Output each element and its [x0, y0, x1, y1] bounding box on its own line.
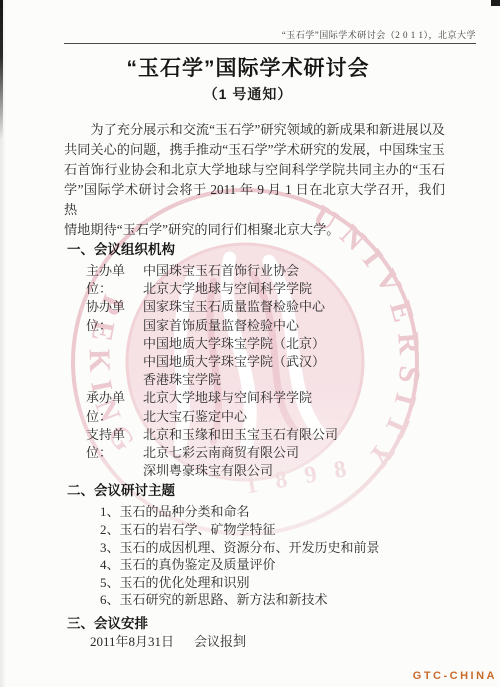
org-role-label: 承办单位： [86, 389, 143, 425]
intro-line: 情地期待“玉石学”研究的同行们相聚北京大学。 [64, 220, 445, 240]
running-header: “玉石学”国际学术研讨会（2 0 1 1），北京大学 [64, 29, 476, 41]
section-heading-organization: 一、会议组织机构 [67, 242, 476, 258]
topic-item: 2、玉石的岩石学、矿物学特征 [100, 521, 476, 539]
org-role-label: 协办单位： [86, 298, 143, 389]
org-name: 深圳粤豪珠宝有限公司 [143, 462, 476, 480]
scan-edge-artifact [0, 0, 3, 140]
intro-line: 石首饰行业协会和北京大学地球与空间科学学院共同主办的“玉石 [64, 160, 445, 180]
topic-item: 4、玉石的真伪鉴定及质量评价 [100, 556, 476, 574]
scanned-page: UNIVERSITY PEKING 1 8 9 8 “玉石学”国际学术研讨会（2… [0, 0, 500, 687]
org-name: 北京大学地球与空间科学学院 [143, 280, 476, 298]
org-group-host: 主办单位： 中国珠宝玉石首饰行业协会 北京大学地球与空间科学学院 [86, 262, 476, 298]
scan-corner-artifact [491, 0, 500, 6]
org-group-organizer: 承办单位： 北京大学地球与空间科学学院 北大宝石鉴定中心 [86, 389, 476, 425]
brand-watermark: GTC-CHINA [413, 670, 497, 682]
title-block: “玉石学”国际学术研讨会 （1 号通知） [20, 56, 476, 102]
org-role-label: 主办单位： [86, 262, 143, 298]
org-name: 香港珠宝学院 [143, 371, 476, 389]
org-name: 国家首饰质量监督检验中心 [143, 317, 476, 335]
page-subtitle: （1 号通知） [20, 86, 476, 102]
org-name: 北京和玉缘和田玉宝玉石有限公司 [143, 426, 476, 444]
topic-item: 3、玉石的成因机理、资源分布、开发历史和前景 [100, 539, 476, 557]
section-heading-schedule: 三、会议安排 [67, 616, 476, 632]
intro-paragraph: 为了充分展示和交流“玉石学”研究领域的新成果和新进展以及 共同关心的问题，携手推… [64, 120, 445, 240]
topic-item: 6、玉石研究的新思路、新方法和新技术 [100, 591, 476, 609]
schedule-row: 2011年8月31日会议报到 [90, 634, 476, 650]
org-group-supporter: 支持单位： 北京和玉缘和田玉宝玉石有限公司 北京七彩云南商贸有限公司 深圳粤豪珠… [86, 426, 476, 481]
topic-item: 5、玉石的优化处理和识别 [100, 574, 476, 592]
schedule-date: 2011年8月31日 [90, 634, 174, 649]
organization-list: 主办单位： 中国珠宝玉石首饰行业协会 北京大学地球与空间科学学院 协办单位： 国… [86, 262, 476, 480]
intro-line: 学”国际学术研讨会将于 2011 年 9 月 1 日在北京大学召开，我们热 [64, 180, 445, 220]
header-rule [64, 43, 476, 44]
org-name: 北京大学地球与空间科学学院 [143, 389, 476, 407]
org-name: 国家珠宝玉石质量监督检验中心 [143, 298, 476, 316]
topic-list: 1、玉石的品种分类和命名 2、玉石的岩石学、矿物学特征 3、玉石的成因机理、资源… [100, 503, 476, 609]
org-name: 中国地质大学珠宝学院（武汉） [143, 353, 476, 371]
org-role-label: 支持单位： [86, 426, 143, 481]
topic-item: 1、玉石的品种分类和命名 [100, 503, 476, 521]
org-group-cohost: 协办单位： 国家珠宝玉石质量监督检验中心 国家首饰质量监督检验中心 中国地质大学… [86, 298, 476, 389]
intro-line: 共同关心的问题，携手推动“玉石学”学术研究的发展，中国珠宝玉 [64, 140, 445, 160]
intro-line: 为了充分展示和交流“玉石学”研究领域的新成果和新进展以及 [64, 120, 445, 140]
org-name: 中国珠宝玉石首饰行业协会 [143, 262, 476, 280]
page-number: 1 [234, 632, 239, 642]
section-heading-topics: 二、会议研讨主题 [67, 483, 476, 499]
org-name: 中国地质大学珠宝学院（北京） [143, 335, 476, 353]
org-name: 北大宝石鉴定中心 [143, 408, 476, 426]
org-name: 北京七彩云南商贸有限公司 [143, 444, 476, 462]
page-title: “玉石学”国际学术研讨会 [20, 56, 476, 82]
document-body: “玉石学”国际学术研讨会（2 0 1 1），北京大学 “玉石学”国际学术研讨会 … [0, 0, 500, 687]
